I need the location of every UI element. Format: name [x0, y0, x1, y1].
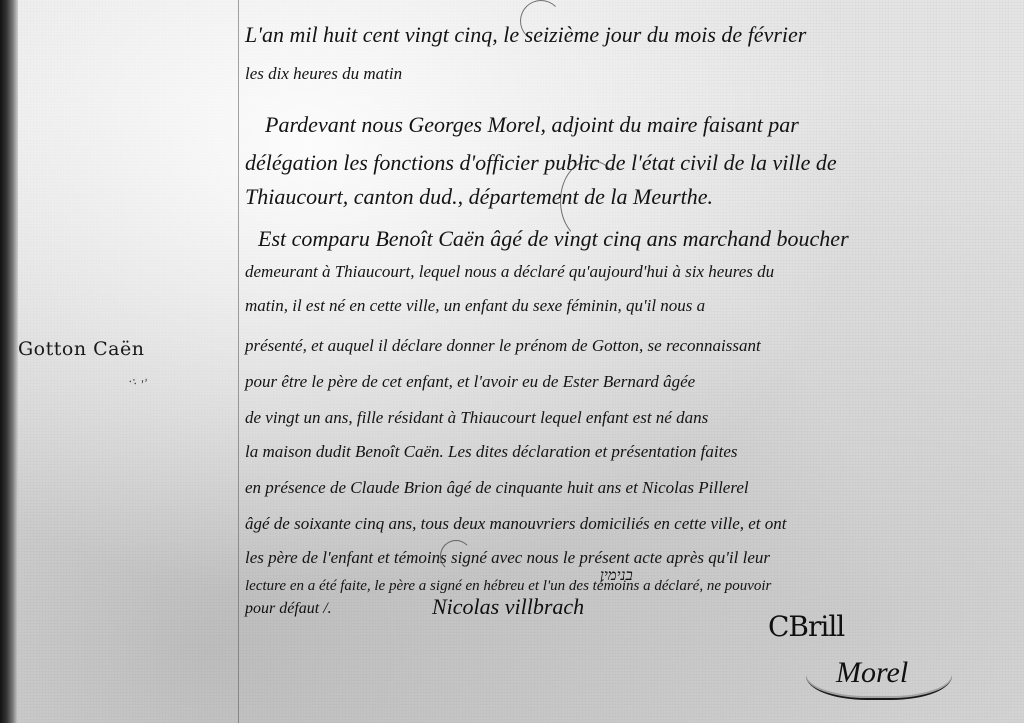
- ink-flourish: [560, 160, 622, 242]
- act-line: âgé de soixante cinq ans, tous deux mano…: [245, 514, 787, 534]
- act-line: Thiaucourt, canton dud., département de …: [245, 184, 713, 210]
- signature-morel-paraph: Morel: [806, 652, 952, 700]
- act-line: en présence de Claude Brion âgé de cinqu…: [245, 478, 749, 498]
- act-line: présenté, et auquel il déclare donner le…: [245, 336, 761, 356]
- act-line: Pardevant nous Georges Morel, adjoint du…: [265, 112, 799, 138]
- scanned-register-page: Gotton Caën ·: ,, L'an mil huit cent vin…: [0, 0, 1024, 723]
- signature-prefix: pour défaut /.: [245, 600, 332, 618]
- act-line: les père de l'enfant et témoins signé av…: [245, 548, 770, 568]
- signature-cbrill: CBrill: [768, 610, 844, 643]
- act-line: de vingt un ans, fille résidant à Thiauc…: [245, 408, 708, 428]
- act-line: Est comparu Benoît Caën âgé de vingt cin…: [258, 226, 849, 252]
- act-line: lecture en a été faite, le père a signé …: [245, 578, 771, 595]
- page-binding-shadow: [0, 0, 18, 723]
- act-line: les dix heures du matin: [245, 64, 402, 84]
- ink-flourish: [520, 0, 562, 42]
- margin-rule: [238, 0, 239, 723]
- act-line: pour être le père de cet enfant, et l'av…: [245, 372, 695, 392]
- margin-note-marks: ·: ,,: [126, 369, 149, 389]
- ink-flourish: [440, 540, 472, 572]
- act-line: matin, il est né en cette ville, un enfa…: [245, 296, 705, 316]
- margin-note-name: Gotton Caën: [18, 338, 144, 360]
- signature-nicolas-villbrach: Nicolas villbrach: [432, 594, 584, 620]
- act-line: délégation les fonctions d'officier publ…: [245, 150, 837, 176]
- signature-hebrew: בנימין: [600, 568, 633, 585]
- act-line: la maison dudit Benoît Caën. Les dites d…: [245, 442, 738, 462]
- act-line: demeurant à Thiaucourt, lequel nous a dé…: [245, 262, 774, 282]
